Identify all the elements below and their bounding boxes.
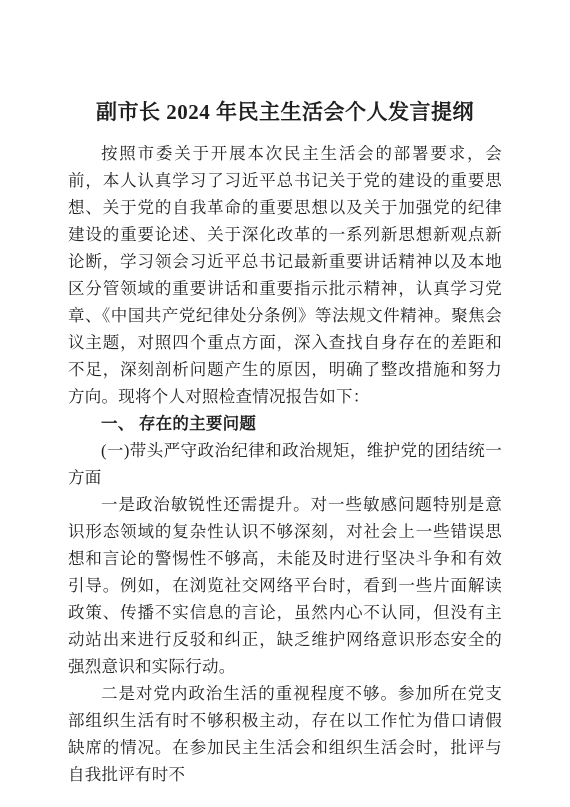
problem-point-2: 二是对党内政治生活的重视程度不够。参加所在党支部组织生活有时不够积极主动，存在以… [68,680,502,788]
document-title: 副市长 2024 年民主生活会个人发言提纲 [68,97,502,128]
document-page: 副市长 2024 年民主生活会个人发言提纲 按照市委关于开展本次民主生活会的部署… [0,0,570,807]
section-heading-main-problems: 一、 存在的主要问题 [68,410,502,437]
subsection-heading-political-discipline: (一)带头严守政治纪律和政治规矩，维护党的团结统一方面 [68,437,502,491]
intro-paragraph: 按照市委关于开展本次民主生活会的部署要求，会前，本人认真学习了习近平总书记关于党… [68,140,502,410]
problem-point-1: 一是政治敏锐性还需提升。对一些敏感问题特别是意识形态领域的复杂性认识不够深刻，对… [68,491,502,680]
